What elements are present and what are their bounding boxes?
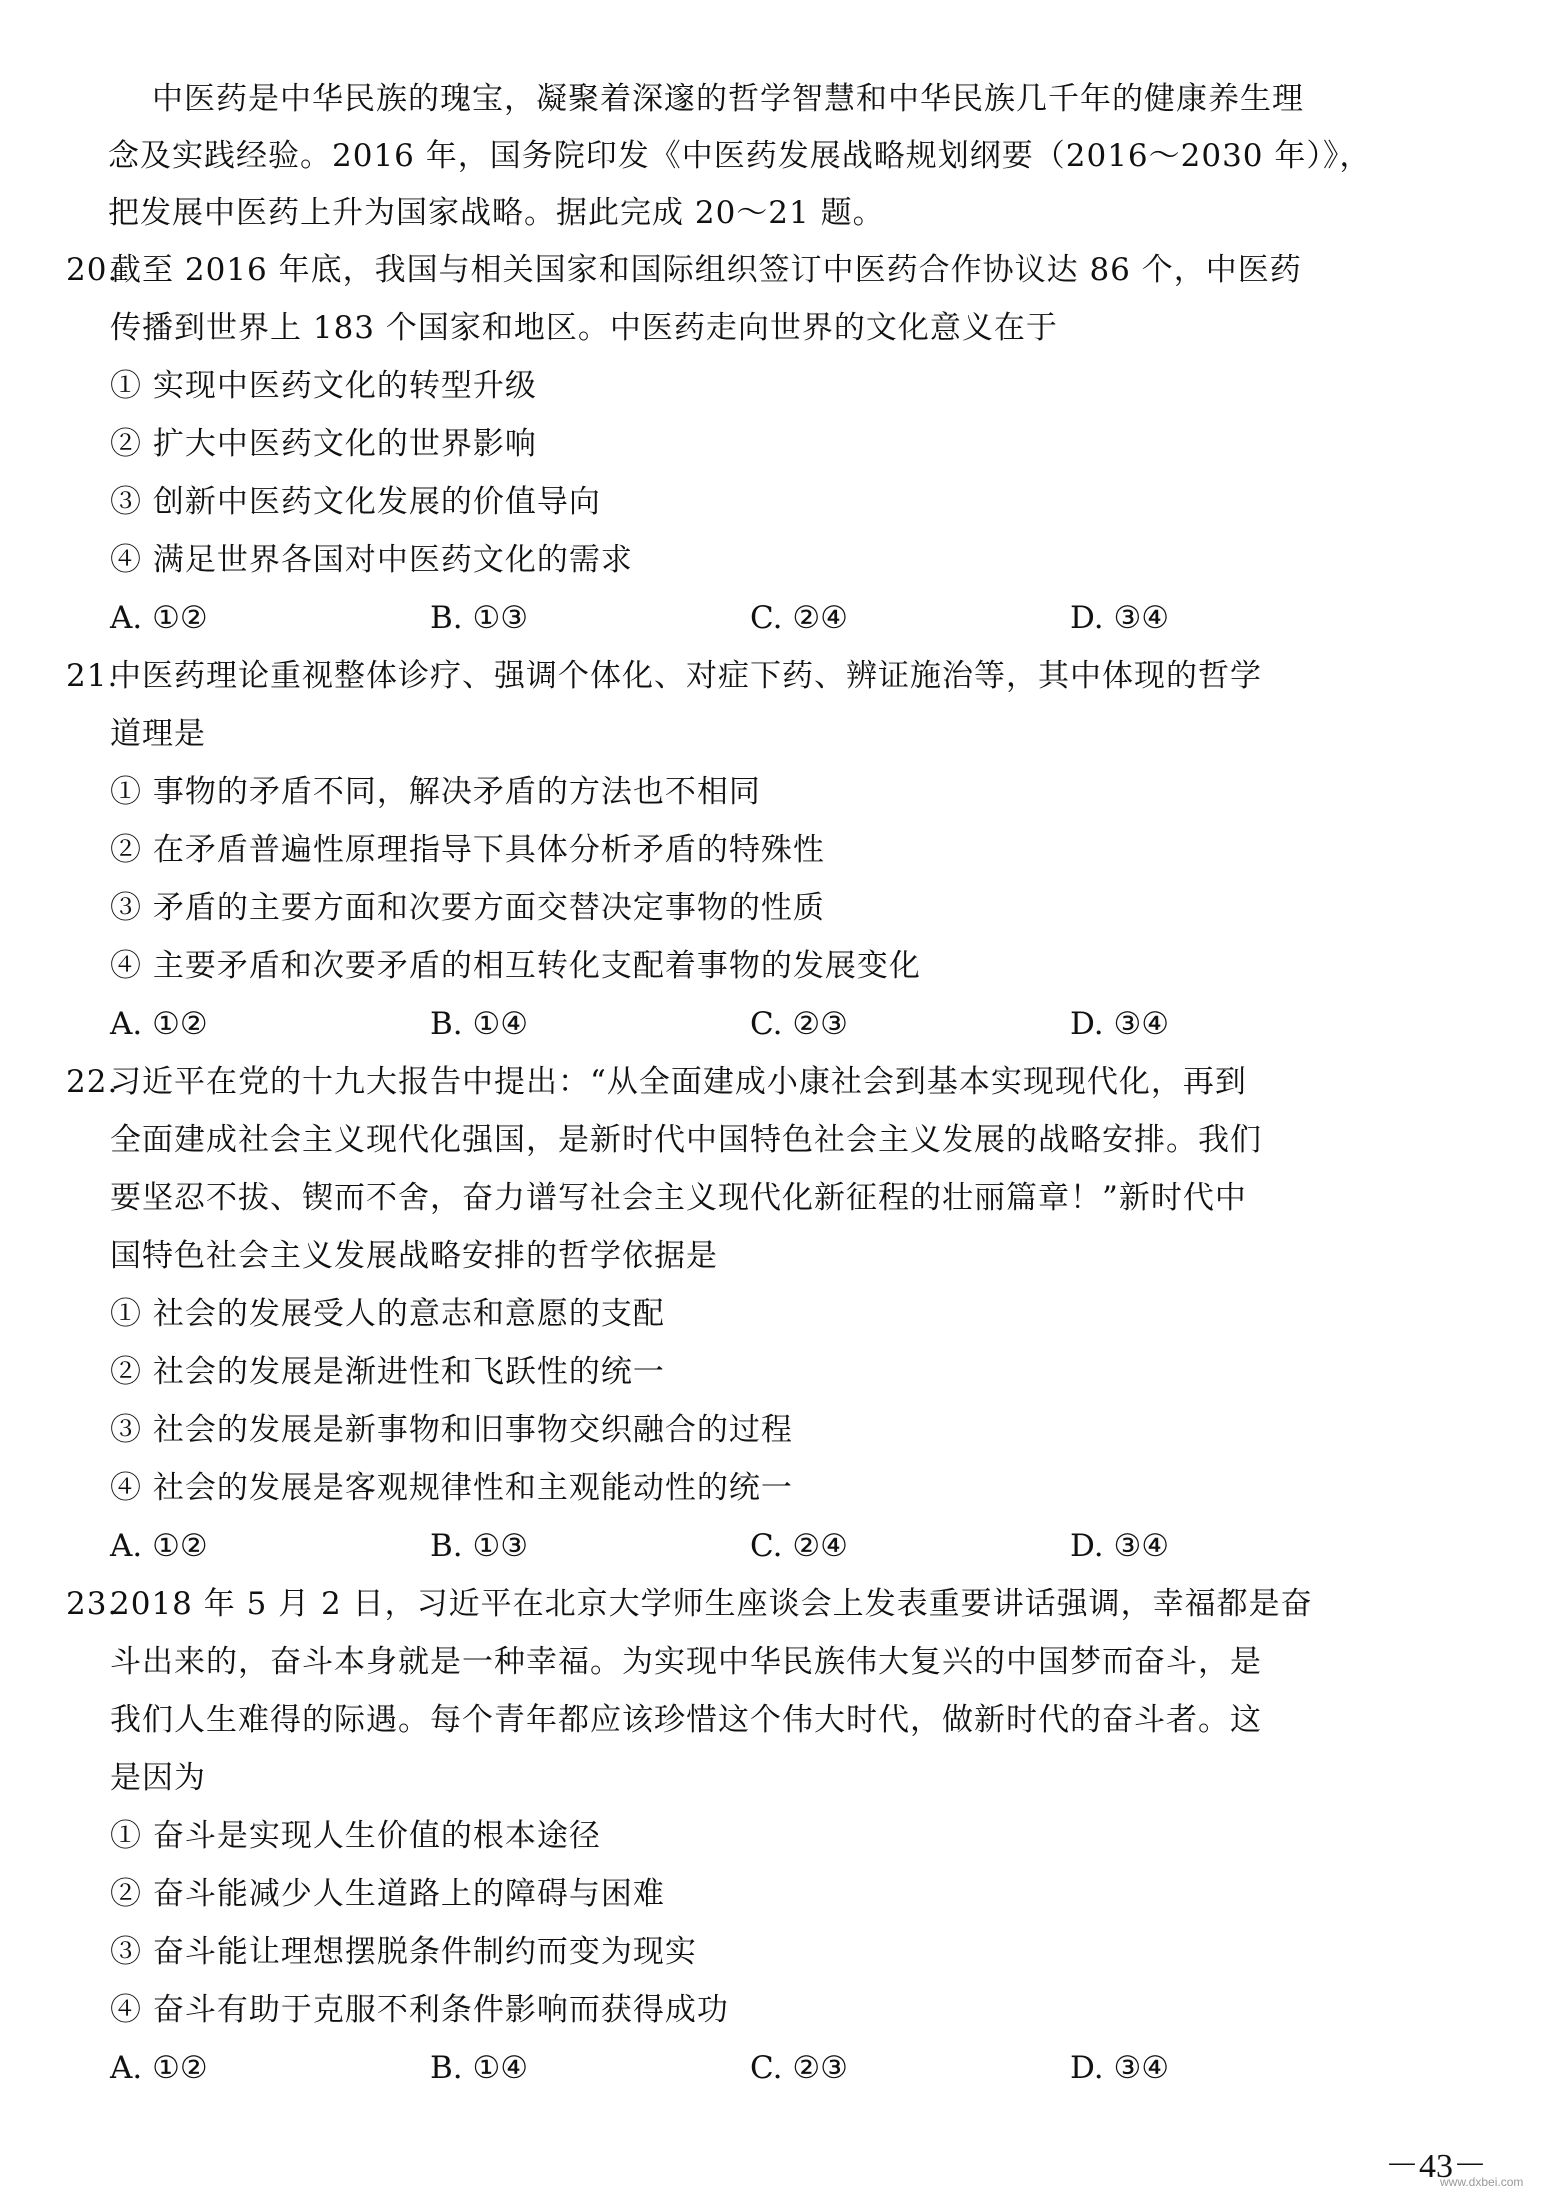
question-22-stem-4: 国特色社会主义发展战略安排的哲学依据是 [110, 1236, 718, 1276]
exam-page: 中医药是中华民族的瑰宝，凝聚着深邃的哲学智慧和中华民族几千年的健康养生理 念及实… [0, 0, 1543, 2205]
question-21-item-1: ① 事物的矛盾不同，解决矛盾的方法也不相同 [110, 772, 761, 812]
question-23-stem-4: 是因为 [110, 1758, 206, 1798]
question-20-item-2: ② 扩大中医药文化的世界影响 [110, 424, 537, 464]
choice-b[interactable]: B. ①④ [430, 2048, 528, 2088]
choice-c[interactable]: C. ②③ [750, 2048, 848, 2088]
choice-d[interactable]: D. ③④ [1070, 598, 1169, 638]
question-21-stem-2: 道理是 [110, 714, 206, 754]
question-23-stem-1: 23.2018 年 5 月 2 日，习近平在北京大学师生座谈会上发表重要讲话强调… [66, 1584, 1313, 1624]
question-23-stem-2: 斗出来的，奋斗本身就是一种幸福。为实现中华民族伟大复兴的中国梦而奋斗，是 [110, 1642, 1262, 1682]
choice-d[interactable]: D. ③④ [1070, 1004, 1169, 1044]
question-22-stem-1: 22.习近平在党的十九大报告中提出：“从全面建成小康社会到基本实现现代化，再到 [66, 1062, 1247, 1102]
choice-a[interactable]: A. ①② [110, 2048, 208, 2088]
choice-d[interactable]: D. ③④ [1070, 1526, 1169, 1566]
choice-c[interactable]: C. ②④ [750, 598, 848, 638]
question-20-item-4: ④ 满足世界各国对中医药文化的需求 [110, 540, 633, 580]
question-21-item-4: ④ 主要矛盾和次要矛盾的相互转化支配着事物的发展变化 [110, 946, 921, 986]
intro-line-2: 念及实践经验。2016 年，国务院印发《中医药发展战略规划纲要（2016～203… [108, 136, 1371, 176]
question-number: 22. [66, 1062, 110, 1102]
question-21-item-2: ② 在矛盾普遍性原理指导下具体分析矛盾的特殊性 [110, 830, 825, 870]
intro-line-3: 把发展中医药上升为国家战略。据此完成 20～21 题。 [108, 193, 885, 233]
question-22-item-4: ④ 社会的发展是客观规律性和主观能动性的统一 [110, 1468, 793, 1508]
choice-c[interactable]: C. ②④ [750, 1526, 848, 1566]
question-22-item-3: ③ 社会的发展是新事物和旧事物交织融合的过程 [110, 1410, 793, 1450]
question-20-item-1: ① 实现中医药文化的转型升级 [110, 366, 537, 406]
choice-c[interactable]: C. ②③ [750, 1004, 848, 1044]
question-number: 23. [66, 1584, 110, 1624]
question-23-item-2: ② 奋斗能减少人生道路上的障碍与困难 [110, 1874, 665, 1914]
question-22-item-1: ① 社会的发展受人的意志和意愿的支配 [110, 1294, 665, 1334]
choice-a[interactable]: A. ①② [110, 1004, 208, 1044]
question-20-item-3: ③ 创新中医药文化发展的价值导向 [110, 482, 601, 522]
stem-text: 截至 2016 年底，我国与相关国家和国际组织签订中医药合作协议达 86 个，中… [110, 252, 1302, 288]
question-22-stem-3: 要坚忍不拔、锲而不舍，奋力谱写社会主义现代化新征程的壮丽篇章！”新时代中 [110, 1178, 1247, 1218]
choice-d[interactable]: D. ③④ [1070, 2048, 1169, 2088]
question-23-item-4: ④ 奋斗有助于克服不利条件影响而获得成功 [110, 1990, 729, 2030]
stem-text: 中医药理论重视整体诊疗、强调个体化、对症下药、辨证施治等，其中体现的哲学 [110, 658, 1262, 694]
choice-b[interactable]: B. ①③ [430, 1526, 528, 1566]
choice-a[interactable]: A. ①② [110, 1526, 208, 1566]
choice-b[interactable]: B. ①③ [430, 598, 528, 638]
stem-text: 2018 年 5 月 2 日，习近平在北京大学师生座谈会上发表重要讲话强调，幸福… [110, 1586, 1313, 1622]
intro-line-1: 中医药是中华民族的瑰宝，凝聚着深邃的哲学智慧和中华民族几千年的健康养生理 [152, 79, 1304, 119]
question-number: 21. [66, 656, 110, 696]
question-23-item-1: ① 奋斗是实现人生价值的根本途径 [110, 1816, 601, 1856]
choice-a[interactable]: A. ①② [110, 598, 208, 638]
question-20-stem-1: 20.截至 2016 年底，我国与相关国家和国际组织签订中医药合作协议达 86 … [66, 250, 1302, 290]
stem-text: 习近平在党的十九大报告中提出：“从全面建成小康社会到基本实现现代化，再到 [110, 1064, 1247, 1100]
question-22-item-2: ② 社会的发展是渐进性和飞跃性的统一 [110, 1352, 665, 1392]
question-23-stem-3: 我们人生难得的际遇。每个青年都应该珍惜这个伟大时代，做新时代的奋斗者。这 [110, 1700, 1262, 1740]
question-20-stem-2: 传播到世界上 183 个国家和地区。中医药走向世界的文化意义在于 [110, 308, 1058, 348]
question-22-stem-2: 全面建成社会主义现代化强国，是新时代中国特色社会主义发展的战略安排。我们 [110, 1120, 1262, 1160]
watermark-logo: www.dxbei.com [1440, 2175, 1523, 2189]
question-23-item-3: ③ 奋斗能让理想摆脱条件制约而变为现实 [110, 1932, 697, 1972]
choice-b[interactable]: B. ①④ [430, 1004, 528, 1044]
question-21-item-3: ③ 矛盾的主要方面和次要方面交替决定事物的性质 [110, 888, 825, 928]
question-21-stem-1: 21.中医药理论重视整体诊疗、强调个体化、对症下药、辨证施治等，其中体现的哲学 [66, 656, 1262, 696]
question-number: 20. [66, 250, 110, 290]
